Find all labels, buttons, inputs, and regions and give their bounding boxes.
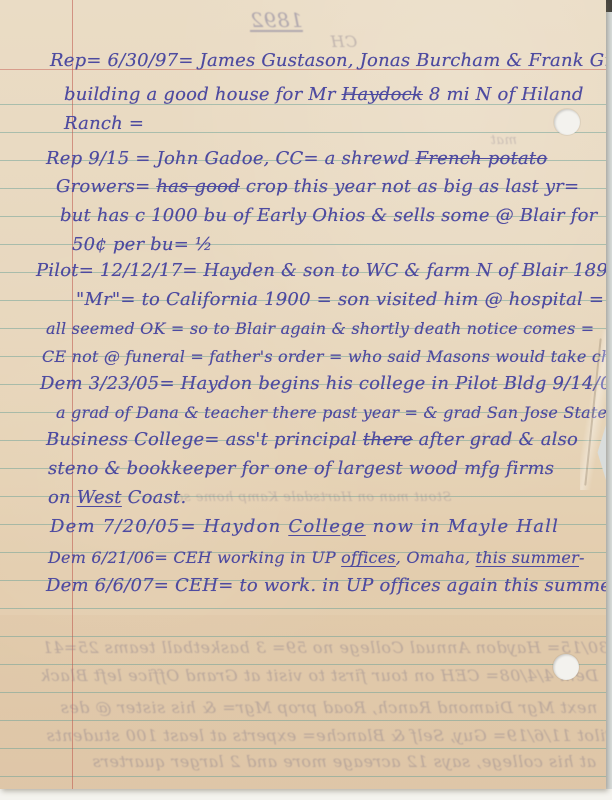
- line-text: CE not @ funeral = father's order = who …: [42, 347, 606, 366]
- bleedthrough-line: next Mgr Diamond Ranch, Road prop Mgr= &…: [60, 698, 597, 717]
- line-text: -: [579, 548, 585, 567]
- handwritten-line: but has c 1000 bu of Early Ohios & sells…: [60, 203, 597, 229]
- line-text: Pilot= 12/12/17= Hayden & son to WC & fa…: [36, 260, 606, 281]
- paper-sheet: 1892 CH mat Stout man on Hartsdale Kamp …: [0, 0, 606, 789]
- struck-text: Haydock: [342, 84, 423, 105]
- line-text: building a good house for Mr: [64, 84, 342, 105]
- underlined-text: West: [77, 487, 122, 508]
- bleedthrough-line: Dem 4/4/08= CEH on tour first to visit a…: [40, 666, 598, 685]
- bleedthrough-fragment: Stout man on Hartsdale Kamp home so: [175, 490, 451, 505]
- line-text: steno & bookkeeper for one of largest wo…: [48, 458, 554, 479]
- handwritten-line: a grad of Dana & teacher there past year…: [56, 400, 606, 426]
- handwritten-line: on West Coast.: [48, 485, 186, 511]
- handwritten-line: CE not @ funeral = father's order = who …: [42, 344, 606, 370]
- line-text: , Omaha,: [396, 548, 476, 567]
- struck-text: has good: [156, 176, 240, 197]
- line-text: now in Mayle Hall: [366, 516, 559, 537]
- scanner-background-right: [606, 0, 612, 789]
- line-text: Ranch =: [64, 113, 144, 134]
- handwritten-line: Dem 6/21/06= CEH working in UP offices, …: [48, 545, 585, 571]
- handwritten-line: building a good house for Mr Haydock 8 m…: [64, 82, 584, 108]
- scanned-page: 1892 CH mat Stout man on Hartsdale Kamp …: [0, 0, 612, 800]
- scan-shadow-corner: [606, 0, 612, 12]
- line-text: "Mr"= to California 1900 = son visited h…: [76, 289, 604, 310]
- underlined-text: offices: [341, 548, 396, 567]
- line-text: 8 mi N of Hiland: [423, 84, 584, 105]
- struck-text: there: [363, 429, 413, 450]
- hole-punch-top: [554, 109, 580, 135]
- bleedthrough-line: at his college, says 12 acreage more and…: [92, 752, 596, 771]
- line-text: Dem 7/20/05= Haydon: [50, 516, 288, 537]
- line-text: Dem 6/21/06= CEH working in UP: [48, 548, 341, 567]
- line-text: Growers=: [56, 176, 156, 197]
- handwritten-line: Dem 6/6/07= CEH= to work. in UP offices …: [46, 573, 606, 599]
- handwritten-line: "Mr"= to California 1900 = son visited h…: [76, 287, 604, 313]
- line-text: a grad of Dana & teacher there past year…: [56, 403, 606, 422]
- line-text: 50¢ per bu= ½: [72, 234, 213, 255]
- handwritten-line: steno & bookkeeper for one of largest wo…: [48, 456, 554, 482]
- line-text: but has c 1000 bu of Early Ohios & sells…: [60, 205, 597, 226]
- bleedthrough-line: Dem= 1/30/15= Haydon Annual College no 5…: [42, 638, 606, 657]
- handwritten-line: Dem 3/23/05= Haydon begins his college i…: [40, 371, 606, 397]
- line-text: after grad & also: [413, 429, 578, 450]
- underlined-text: College: [288, 516, 365, 537]
- handwritten-line: Growers= has good crop this year not as …: [56, 174, 579, 200]
- underlined-text: this summer: [476, 548, 579, 567]
- handwritten-line: Business College= ass't principal there …: [46, 427, 578, 453]
- line-text: Dem 6/6/07= CEH= to work. in UP offices …: [46, 575, 606, 596]
- line-text: Business College= ass't principal: [46, 429, 363, 450]
- line-text: all seemed OK = so to Blair again & shor…: [46, 319, 594, 338]
- handwritten-line: Pilot= 12/12/17= Hayden & son to WC & fa…: [36, 258, 606, 284]
- handwritten-line: 50¢ per bu= ½: [72, 232, 213, 258]
- bleedthrough-year: 1892: [250, 8, 303, 32]
- handwritten-line: Rep= 6/30/97= James Gustason, Jonas Burc…: [50, 48, 606, 74]
- handwritten-line: Ranch =: [64, 111, 144, 137]
- bleedthrough-line: Pilot 11/6/19= Guy, Self & Blanche= expe…: [46, 726, 606, 745]
- handwritten-line: all seemed OK = so to Blair again & shor…: [46, 316, 594, 342]
- line-text: on: [48, 487, 77, 508]
- hole-punch-bottom: [553, 654, 579, 680]
- handwritten-line: Dem 7/20/05= Haydon College now in Mayle…: [50, 514, 559, 540]
- line-text: crop this year not as big as last yr=: [240, 176, 579, 197]
- line-text: Dem 3/23/05= Haydon begins his college i…: [40, 373, 606, 394]
- line-text: Rep= 6/30/97= James Gustason, Jonas Burc…: [50, 50, 606, 71]
- line-text: Coast.: [122, 487, 187, 508]
- handwritten-line: Rep 9/15 = John Gadoe, CC= a shrewd Fren…: [46, 146, 547, 172]
- struck-text: French potato: [416, 148, 548, 169]
- line-text: Rep 9/15 = John Gadoe, CC= a shrewd: [46, 148, 416, 169]
